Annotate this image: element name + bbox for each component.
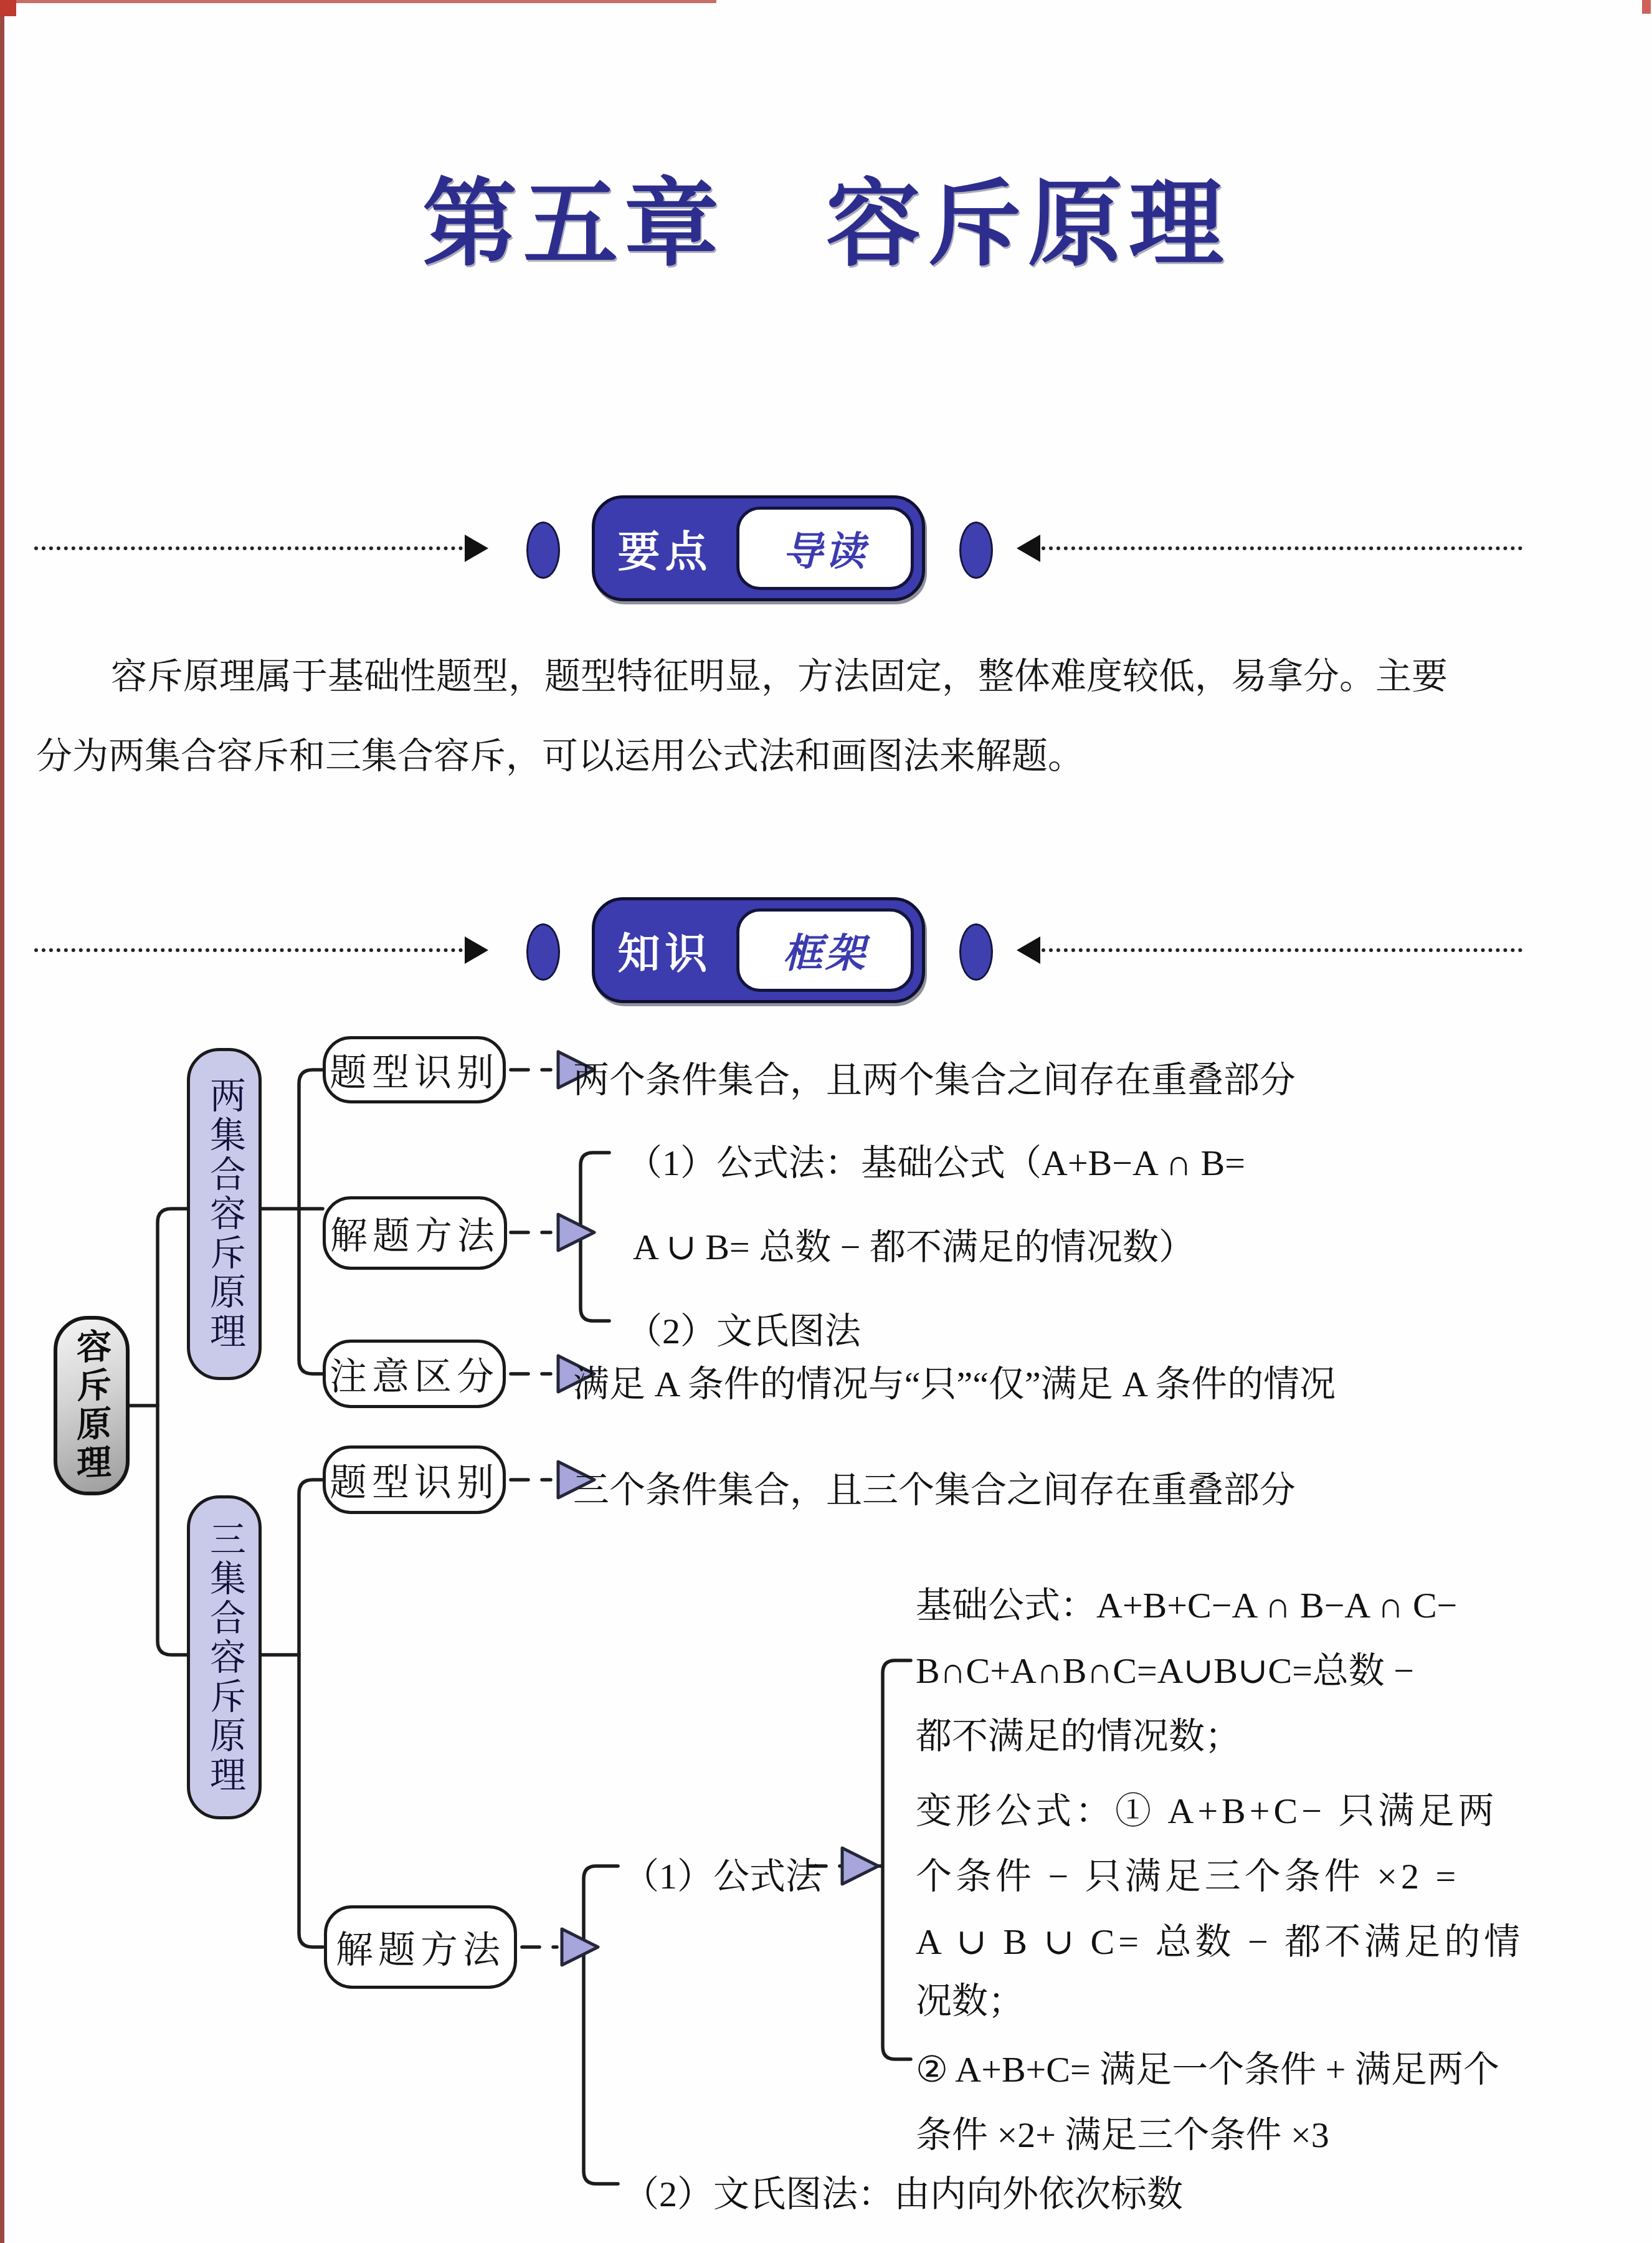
root-node-inclusion-exclusion: 容斥原理 [54,1316,130,1495]
formula-line: ② A+B+C= 满足一个条件 + 满足两个 [916,2040,1499,2092]
method-two-item1-line2: A ∪ B= 总数 − 都不满足的情况数） [633,1217,1195,1270]
method-two-item2: （2）文氏图法 [626,1302,861,1354]
formula-line: 变形公式：① A+B+C− 只满足两 [916,1781,1498,1834]
desc-two-sets: 两个条件集合，且两个集合之间存在重叠部分 [573,1050,1296,1103]
branch-two-sets-node: 两集合容斥原理 [187,1048,262,1380]
formula-line: A ∪ B ∪ C= 总数 − 都不满足的情 [916,1912,1524,1964]
connector-line [158,1209,187,1655]
formula-line: 况数； [916,1971,1024,2024]
formula-line: 基础公式：A+B+C−A ∩ B−A ∩ C− [916,1576,1457,1628]
triangle-arrow-icon [562,1929,598,1965]
triangle-arrow-icon [842,1848,878,1884]
node-solving-method-three: 解题方法 [324,1905,517,1989]
node-solving-method-two: 解题方法 [323,1196,507,1270]
note-desc: 满足 A 条件的情况与“只”“仅”满足 A 条件的情况 [573,1355,1336,1407]
node-type-recognition-three: 题型识别 [323,1445,506,1514]
triangle-arrow-icon [558,1214,594,1250]
desc-three-sets: 三个条件集合，且三个集合之间存在重叠部分 [573,1460,1296,1513]
connector-line [299,1070,323,1374]
formula-line: 条件 ×2+ 满足三个条件 ×3 [916,2105,1329,2158]
branch-three-sets-node: 三集合容斥原理 [187,1495,262,1819]
method-two-item1-line1: （1）公式法：基础公式（A+B−A ∩ B= [626,1133,1245,1186]
root-node-label: 容斥原理 [67,1327,116,1484]
formula-line: B∩C+A∩B∩C=A∪B∪C=总数 − [916,1641,1414,1693]
formula-line: 个条件 − 只满足三个条件 ×2 = [916,1847,1460,1899]
method-three-item2: （2）文氏图法：由内向外依次标数 [623,2164,1183,2217]
formula-line: 都不满足的情况数； [916,1707,1241,1759]
method-three-item1-label: （1）公式法 [623,1847,822,1899]
node-type-recognition-two: 题型识别 [323,1036,506,1103]
connector-line [299,1480,323,1947]
bracket [877,1660,911,2059]
textbook-page: { "page": { "title": "第五章 容斥原理" }, "colo… [0,0,1652,2243]
bracket [584,1866,618,2184]
node-attention-distinguish: 注意区分 [323,1340,506,1408]
